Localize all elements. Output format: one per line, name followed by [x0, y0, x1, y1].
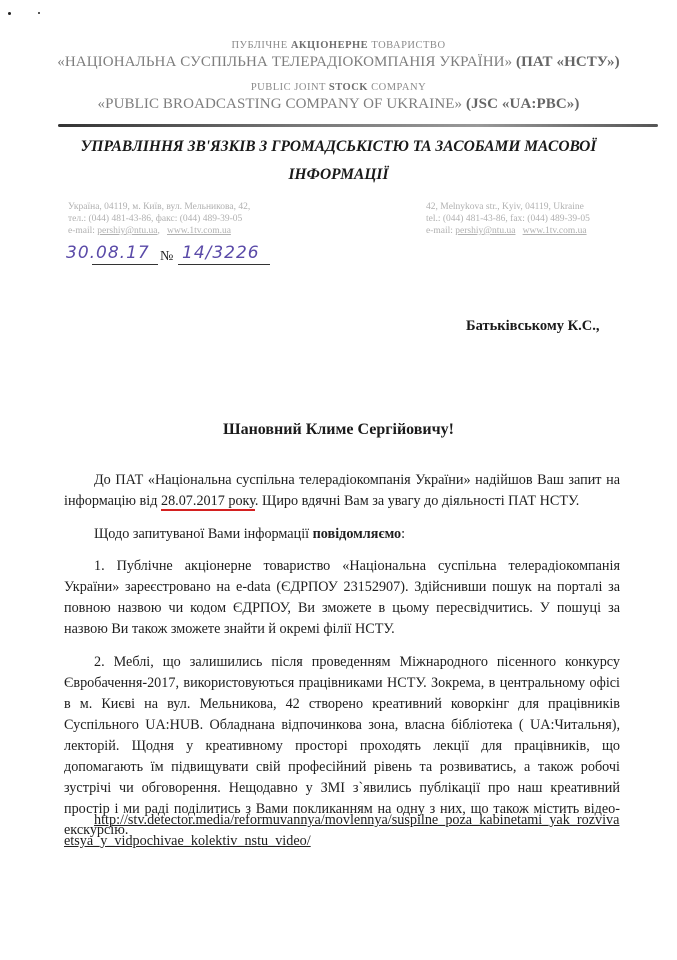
website-link-en[interactable]: www.1tv.com.ua [523, 226, 587, 236]
letterhead-divider [58, 124, 658, 127]
letterhead-en-type: PUBLIC JOINT STOCK COMPANY [0, 82, 677, 93]
registration-date: 30.08.17 [66, 243, 150, 263]
paragraph-link: http://stv.detector.media/reformuvannya/… [64, 810, 620, 852]
article-link[interactable]: http://stv.detector.media/reformuvannya/… [64, 812, 619, 849]
website-link-ua[interactable]: www.1tv.com.ua [167, 226, 231, 236]
scan-speck [8, 12, 11, 15]
address-ua: Україна, 04119, м. Київ, вул. Мельникова… [68, 201, 250, 237]
greeting: Шановний Климе Сергійовичу! [0, 421, 677, 439]
registration-number: 14/3226 [182, 243, 260, 263]
date-underline [92, 264, 158, 265]
number-sign: № [160, 249, 173, 265]
recipient: Батьківському К.С., [466, 318, 600, 335]
department-title-line2: ІНФОРМАЦІЇ [0, 166, 677, 184]
paragraph-notify: Щодо запитуваної Вами інформації повідом… [64, 524, 620, 545]
paragraph-intro: До ПАТ «Національна суспільна телерадіок… [64, 470, 620, 512]
email-link-ua[interactable]: pershiy@ntu.ua [97, 226, 157, 236]
address-en: 42, Melnykova str., Kyiv, 04119, Ukraine… [426, 201, 590, 237]
scan-speck [38, 12, 40, 14]
letterhead-ua-name: «НАЦІОНАЛЬНА СУСПІЛЬНА ТЕЛЕРАДІОКОМПАНІЯ… [0, 54, 677, 71]
email-link-en[interactable]: pershiy@ntu.ua [455, 226, 515, 236]
paragraph-item-1: 1. Публічне акціонерне товариство «Націо… [64, 556, 620, 640]
letterhead-en-name: «PUBLIC BROADCASTING COMPANY OF UKRAINE»… [0, 96, 677, 113]
department-title-line1: УПРАВЛІННЯ ЗВ'ЯЗКІВ З ГРОМАДСЬКІСТЮ ТА З… [0, 138, 677, 156]
request-date-highlight: 28.07.2017 року [161, 493, 255, 511]
letterhead-ua-type: ПУБЛІЧНЕ АКЦІОНЕРНЕ ТОВАРИСТВО [0, 40, 677, 51]
number-underline [178, 264, 270, 265]
